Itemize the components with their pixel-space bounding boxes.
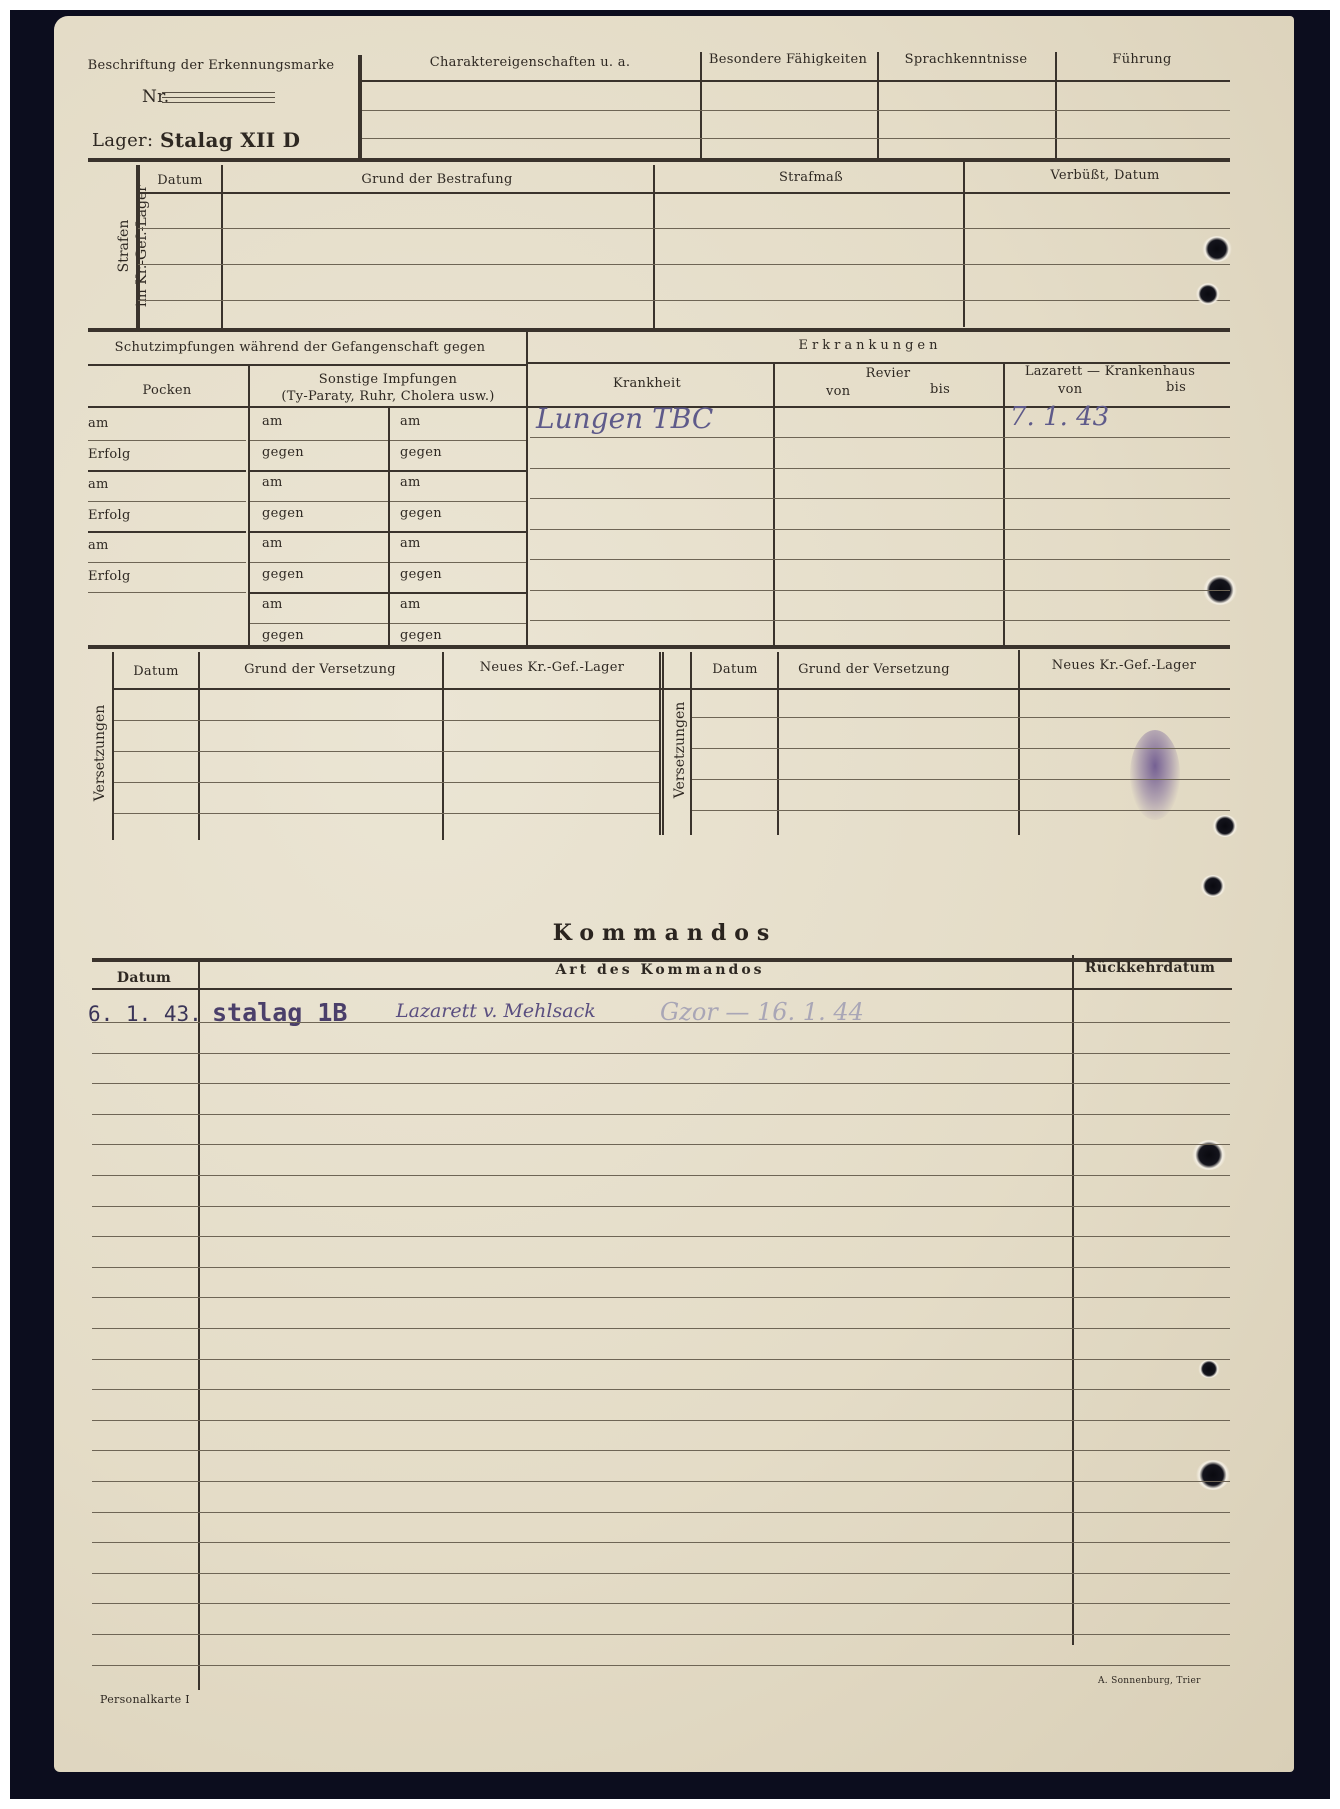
versetzungen-row-line — [114, 782, 659, 783]
kommandos-row-line — [92, 1481, 1230, 1482]
pocken-row-line — [88, 562, 246, 563]
kommandos-col-datum: Datum — [117, 970, 171, 986]
col-fuehrung: Führung — [1112, 52, 1171, 67]
strafen-col-grund: Grund der Bestrafung — [361, 172, 512, 187]
printer-imprint: A. Sonnenburg, Trier — [1098, 1676, 1201, 1686]
versetzungen-row-line — [114, 751, 659, 752]
kommandos-row-line — [92, 1542, 1230, 1543]
erkrankungen-row-line — [530, 529, 1230, 530]
lager-label: Lager: — [92, 130, 153, 151]
kommandos-row-line — [92, 1389, 1230, 1390]
sonstige-row-label: am — [400, 536, 421, 551]
sonstige-row-label: am — [262, 536, 283, 551]
entry-lazarett-von: 7. 1. 43 — [1010, 402, 1109, 432]
pocken-row-label: am — [88, 538, 109, 553]
sonstige-row-label: gegen — [400, 628, 442, 643]
erkrankungen-row-line — [530, 620, 1230, 621]
sonstige-row-label: gegen — [262, 506, 304, 521]
pocken-row-line — [88, 501, 246, 502]
kommandos-row-line — [92, 1420, 1230, 1421]
sonstige-row-line — [250, 470, 388, 472]
sonstige-row-label: am — [262, 475, 283, 490]
sonstige-row-line — [250, 531, 388, 533]
sonstige-row-label: gegen — [400, 567, 442, 582]
kommandos-row-line — [92, 1573, 1230, 1574]
sonstige-row-line — [390, 592, 526, 594]
vers-right-col-lager: Neues Kr.-Gef.-Lager — [1052, 658, 1197, 673]
sonstige-row-line — [390, 501, 526, 502]
kommandos-row-line — [92, 1083, 1230, 1084]
kommando-entry-handwritten: Lazarett v. Mehlsack — [396, 1000, 596, 1022]
impf-col-sonstige: Sonstige Impfungen — [319, 372, 457, 387]
sonstige-row-line — [250, 440, 388, 441]
erkrankungen-row-line — [530, 498, 1230, 499]
form-name: Personalkarte I — [100, 1693, 190, 1706]
versetzungen-side-label-right: Versetzungen — [672, 700, 688, 800]
versetzungen-row-line — [114, 720, 659, 721]
kommandos-row-line — [92, 1297, 1230, 1298]
revier-von: von — [826, 384, 850, 399]
punch-hole-icon — [1198, 1360, 1220, 1378]
impf-col-pocken: Pocken — [142, 383, 191, 398]
erk-col-revier: Revier — [866, 366, 911, 381]
col-sprache: Sprachkenntnisse — [905, 52, 1028, 67]
kommandos-row-line — [92, 1206, 1230, 1207]
pocken-row-label: am — [88, 477, 109, 492]
erkrankungen-row-line — [530, 590, 1230, 591]
nr-line — [162, 92, 275, 93]
lazarett-von: von — [1058, 382, 1082, 397]
versetzungen-row-line — [692, 717, 1230, 718]
vers-right-col-datum: Datum — [712, 662, 758, 677]
punch-hole-icon — [1212, 815, 1238, 837]
strafen-col-datum: Datum — [157, 173, 203, 188]
tag-label: Beschriftung der Erkennungsmarke — [88, 58, 335, 73]
erkrankungen-row-line — [530, 437, 1230, 438]
versetzungen-side-label-left: Versetzungen — [92, 693, 108, 813]
kommandos-row-line — [92, 1665, 1230, 1666]
sonstige-row-line — [250, 623, 388, 624]
kommandos-row-line — [92, 1267, 1230, 1268]
sonstige-row-label: am — [262, 414, 283, 429]
sonstige-row-label: am — [400, 475, 421, 490]
sonstige-row-label: gegen — [262, 567, 304, 582]
kommandos-row-line — [92, 1175, 1230, 1176]
kommandos-row-line — [92, 1603, 1230, 1604]
versetzungen-row-line — [114, 813, 659, 814]
pocken-row-label: am — [88, 416, 109, 431]
sonstige-row-line — [250, 562, 388, 563]
pocken-row-label: Erfolg — [88, 508, 131, 523]
revier-bis: bis — [930, 382, 950, 397]
sonstige-row-label: am — [262, 597, 283, 612]
vers-left-col-grund: Grund der Versetzung — [244, 662, 396, 677]
strafen-col-verbuesst: Verbüßt, Datum — [1050, 168, 1159, 183]
ink-stain-icon — [1130, 730, 1180, 820]
sonstige-row-line — [390, 562, 526, 563]
pocken-row-line — [88, 440, 246, 441]
erkrankungen-row-line — [530, 468, 1230, 469]
sonstige-row-line — [390, 440, 526, 441]
strafen-col-strafmass: Strafmaß — [779, 170, 843, 185]
kommandos-row-line — [92, 1053, 1230, 1054]
punch-hole-icon — [1196, 283, 1220, 305]
sonstige-row-line — [390, 470, 526, 472]
sonstige-row-line — [390, 531, 526, 533]
kommandos-row-line — [92, 1328, 1230, 1329]
pocken-row-line — [88, 470, 246, 472]
sonstige-row-label: gegen — [400, 506, 442, 521]
form-paper — [54, 16, 1294, 1772]
sonstige-row-label: gegen — [262, 628, 304, 643]
vers-left-col-lager: Neues Kr.-Gef.-Lager — [480, 660, 625, 675]
entry-krankheit: Lungen TBC — [536, 402, 713, 435]
col-faehigkeiten: Besondere Fähigkeiten — [709, 52, 867, 67]
erk-col-krankheit: Krankheit — [613, 376, 681, 391]
kommandos-row-line — [92, 1450, 1230, 1451]
vers-left-col-datum: Datum — [133, 664, 179, 679]
kommandos-col-rueckkehr: Rückkehrdatum — [1085, 960, 1215, 976]
sonstige-row-label: am — [400, 414, 421, 429]
kommandos-row-line — [92, 1634, 1230, 1635]
erkrankungen-title: Erkrankungen — [799, 338, 942, 353]
punch-hole-icon — [1196, 1460, 1230, 1490]
impfungen-title: Schutzimpfungen während der Gefangenscha… — [115, 340, 486, 355]
sonstige-row-label: am — [400, 597, 421, 612]
sonstige-row-label: gegen — [262, 445, 304, 460]
sonstige-row-line — [390, 623, 526, 624]
kommandos-row-line — [92, 1236, 1230, 1237]
lazarett-bis: bis — [1166, 380, 1186, 395]
versetzungen-row-line — [692, 779, 1230, 780]
col-charakter: Charaktereigenschaften u. a. — [430, 55, 631, 70]
kommandos-row-line — [92, 1512, 1230, 1513]
sonstige-row-line — [250, 592, 388, 594]
pocken-row-line — [88, 531, 246, 533]
erkrankungen-row-line — [530, 559, 1230, 560]
kommandos-title: Kommandos — [553, 920, 778, 946]
kommandos-row-line — [92, 1114, 1230, 1115]
kommandos-row-line — [92, 1359, 1230, 1360]
versetzungen-row-line — [692, 810, 1230, 811]
impf-col-sonstige-sub: (Ty-Paraty, Ruhr, Cholera usw.) — [281, 389, 494, 404]
vers-right-col-grund: Grund der Versetzung — [798, 662, 950, 677]
erk-col-lazarett: Lazarett — Krankenhaus — [1025, 364, 1195, 379]
lager-value: Stalag XII D — [160, 128, 300, 152]
kommandos-row-line — [92, 1022, 1230, 1023]
sonstige-row-line — [250, 501, 388, 502]
pocken-row-line — [88, 592, 246, 593]
punch-hole-icon — [1200, 875, 1226, 897]
pocken-row-label: Erfolg — [88, 447, 131, 462]
kommandos-col-art: Art des Kommandos — [555, 962, 764, 978]
versetzungen-row-line — [692, 748, 1230, 749]
kommandos-row-line — [92, 1144, 1230, 1145]
pocken-row-label: Erfolg — [88, 569, 131, 584]
sonstige-row-label: gegen — [400, 445, 442, 460]
punch-hole-icon — [1202, 236, 1232, 262]
